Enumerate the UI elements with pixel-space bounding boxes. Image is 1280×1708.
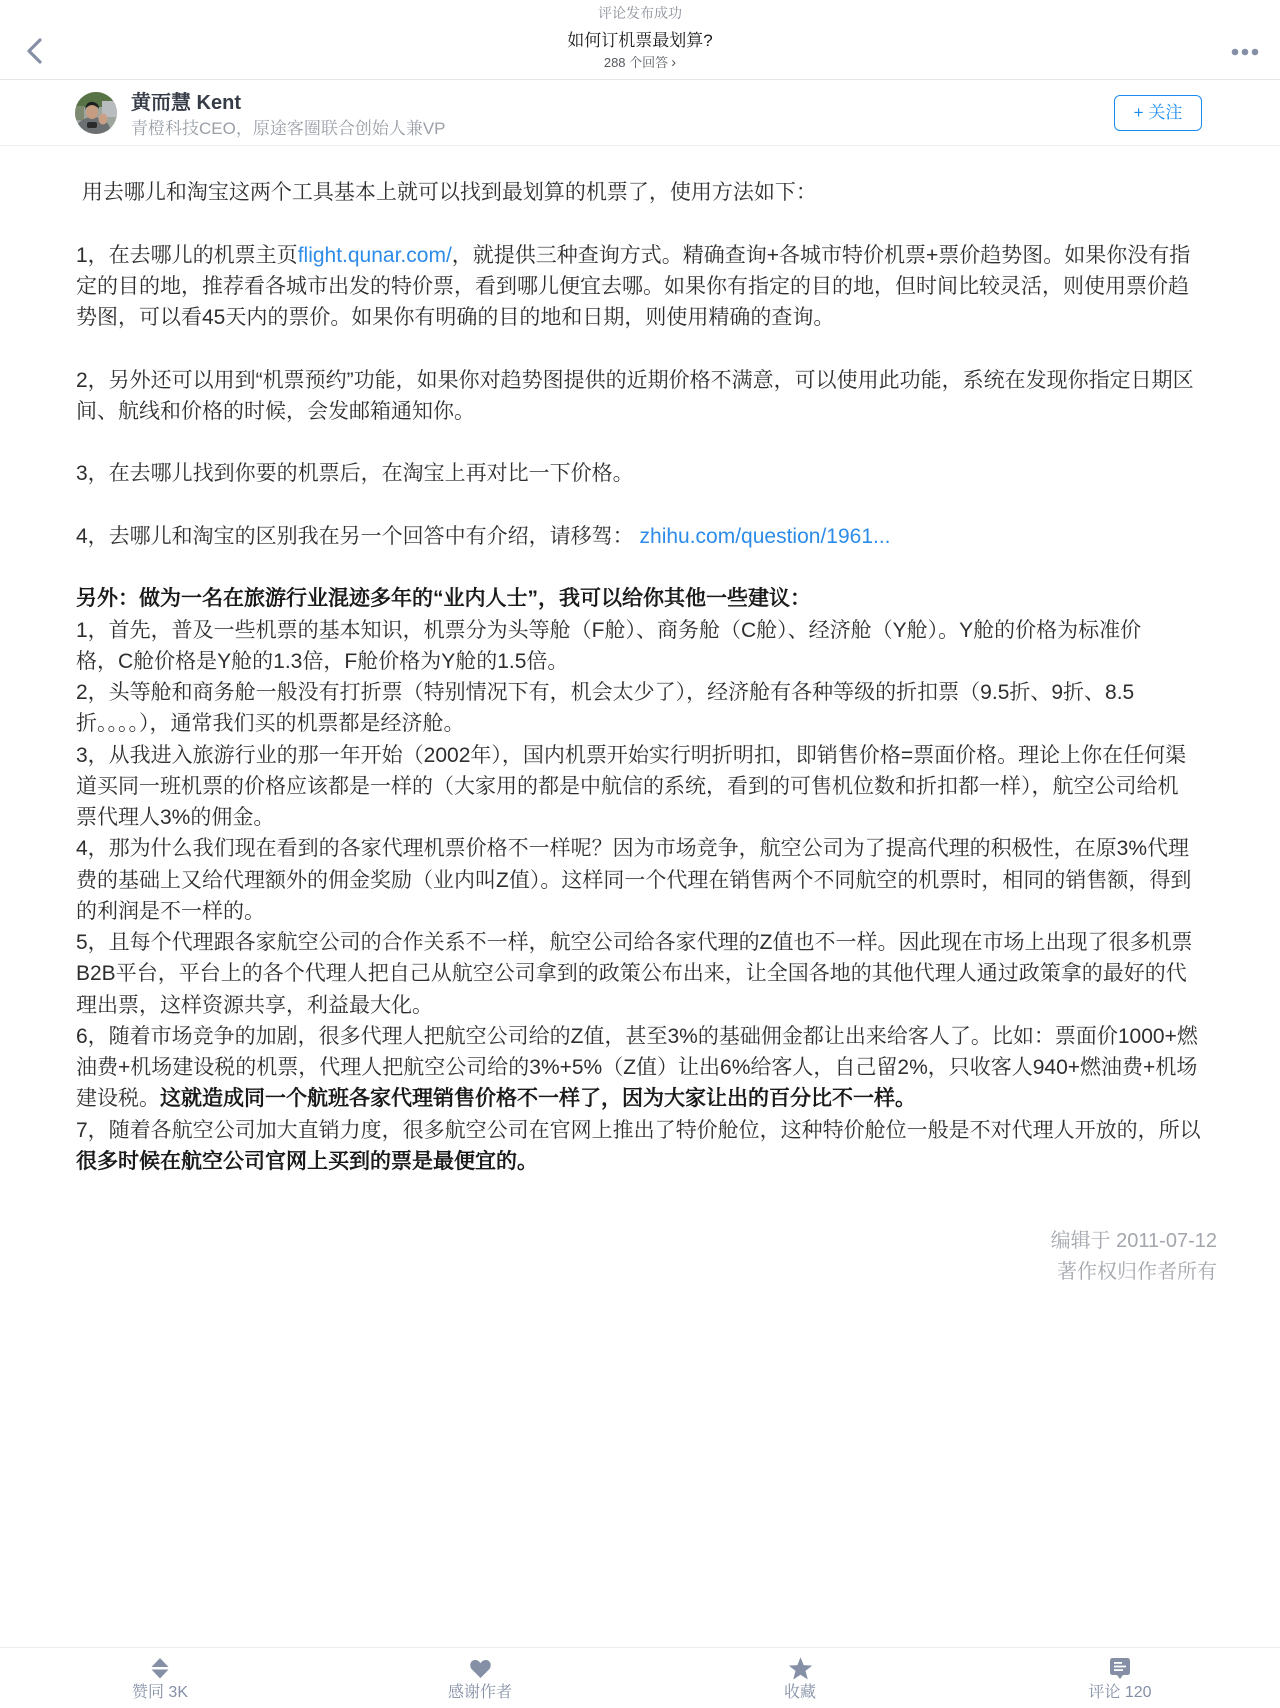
answer-line: 建设税。这就造成同一个航班各家代理销售价格不一样了，因为大家让出的百分比不一样。 [76,1083,1236,1114]
comment-icon [1107,1655,1133,1681]
text-run: 的利润是不一样的。 [76,900,265,923]
vote-icon [147,1655,173,1681]
answer-line: 势图，可以看45天内的票价。如果你有明确的目的地和日期，则使用精确的查询。 [76,302,1236,333]
collect-button[interactable]: 收藏 [640,1648,960,1708]
follow-button[interactable]: + 关注 [1114,95,1202,131]
text-run: 3，从我进入旅游行业的那一年开始（2002年），国内机票开始实行明折明扣，即销售… [76,744,1186,767]
text-run-bold: 很多时候在航空公司官网上买到的票是最便宜的。 [76,1150,538,1173]
answer-line: 间、航线和价格的时候，会发邮箱通知你。 [76,396,1236,427]
text-run: 票代理人3%的佣金。 [76,806,274,829]
text-run: 用去哪儿和淘宝这两个工具基本上就可以找到最划算的机票了，使用方法如下： [76,181,817,204]
text-run: 格，C舱价格是Y舱的1.3倍，F舱价格为Y舱的1.5倍。 [76,650,568,673]
text-run: 1，首先，普及一些机票的基本知识，机票分为头等舱（F舱）、商务舱（C舱）、经济舱… [76,619,1141,642]
toast-message: 评论发布成功 [598,3,682,23]
question-title[interactable]: 如何订机票最划算? [567,29,712,53]
author-divider [0,145,1280,146]
author-headline: 青橙科技CEO，原途客圈联合创始人兼VP [131,117,446,140]
answer-paragraph-2: 2，另外还可以用到“机票预约”功能，如果你对趋势图提供的近期价格不满意，可以使用… [76,365,1236,428]
text-run: 理出票，这样资源共享，利益最大化。 [76,994,433,1017]
vote-label: 赞同 3K [0,1683,320,1703]
answer-line: 票代理人3%的佣金。 [76,802,1236,833]
answer-paragraph-1: 1，在去哪儿的机票主页flight.qunar.com/，就提供三种查询方式。精… [76,240,1236,334]
comment-button[interactable]: 评论 120 [960,1648,1280,1708]
answer-line: 另外：做为一名在旅游行业混迹多年的“业内人士”，我可以给你其他一些建议： [76,583,1236,614]
answer-line: 3，在去哪儿找到你要的机票后，在淘宝上再对比一下价格。 [76,458,1236,489]
copyright-notice: 著作权归作者所有 [1051,1257,1217,1288]
answer-paragraph-advice: 另外：做为一名在旅游行业混迹多年的“业内人士”，我可以给你其他一些建议： 1，首… [76,583,1236,1177]
vote-button[interactable]: 赞同 3K [0,1648,320,1708]
answer-paragraph-intro: 用去哪儿和淘宝这两个工具基本上就可以找到最划算的机票了，使用方法如下： [76,177,1236,208]
answers-count-link[interactable]: 288 个回答› [604,53,676,73]
answer-meta: 编辑于 2011-07-12 著作权归作者所有 [1051,1226,1217,1288]
answer-line: 道买同一班机票的价格应该都是一样的（大家用的都是中航信的系统，看到的可售机位数和… [76,771,1236,802]
collect-label: 收藏 [640,1683,960,1703]
text-run: 4，那为什么我们现在看到的各家代理机票价格不一样呢？因为市场竞争，航空公司为了提… [76,837,1189,860]
avatar-photo [75,92,117,134]
text-run: 费的基础上又给代理额外的佣金奖励（业内叫Z值）。这样同一个代理在销售两个不同航空… [76,869,1191,892]
answer-line: 用去哪儿和淘宝这两个工具基本上就可以找到最划算的机票了，使用方法如下： [76,177,1236,208]
text-run: 3，在去哪儿找到你要的机票后，在淘宝上再对比一下价格。 [76,462,634,485]
star-icon [787,1655,813,1681]
answer-paragraph-3: 3，在去哪儿找到你要的机票后，在淘宝上再对比一下价格。 [76,458,1236,489]
text-run: 2，头等舱和商务舱一般没有打折票（特别情况下有，机会太少了），经济舱有各种等级的… [76,681,1134,704]
text-run: 油费+机场建设税的机票，代理人把航空公司给的3%+5%（Z值）让出6%给客人，自… [76,1056,1197,1079]
author-avatar[interactable] [75,92,117,134]
edited-date: 编辑于 2011-07-12 [1051,1226,1217,1257]
answer-paragraph-4: 4，去哪儿和淘宝的区别我在另一个回答中有介绍，请移驾： zhihu.com/qu… [76,521,1236,552]
answer-line: 7，随着各航空公司加大直销力度，很多航空公司在官网上推出了特价舱位，这种特价舱位… [76,1115,1236,1146]
answer-line: 1，在去哪儿的机票主页flight.qunar.com/，就提供三种查询方式。精… [76,240,1236,271]
link-qunar[interactable]: flight.qunar.com/ [298,244,452,267]
text-run-bold: 这就造成同一个航班各家代理销售价格不一样了，因为大家让出的百分比不一样。 [160,1087,916,1110]
comment-label: 评论 120 [960,1683,1280,1703]
answers-count: 288 个回答 [604,55,668,70]
answer-line: 费的基础上又给代理额外的佣金奖励（业内叫Z值）。这样同一个代理在销售两个不同航空… [76,865,1236,896]
answer-line: 6，随着市场竞争的加剧，很多代理人把航空公司给的Z值，甚至3%的基础佣金都让出来… [76,1021,1236,1052]
answer-line: 的利润是不一样的。 [76,896,1236,927]
answer-line: 1，首先，普及一些机票的基本知识，机票分为头等舱（F舱）、商务舱（C舱）、经济舱… [76,615,1236,646]
answer-line: 2，另外还可以用到“机票预约”功能，如果你对趋势图提供的近期价格不满意，可以使用… [76,365,1236,396]
answer-content: 用去哪儿和淘宝这两个工具基本上就可以找到最划算的机票了，使用方法如下： 1，在去… [76,177,1236,1177]
text-run: 间、航线和价格的时候，会发邮箱通知你。 [76,400,475,423]
answer-line: 格，C舱价格是Y舱的1.3倍，F舱价格为Y舱的1.5倍。 [76,646,1236,677]
text-run-bold: 另外：做为一名在旅游行业混迹多年的“业内人士”，我可以给你其他一些建议： [76,587,811,610]
chevron-left-icon [20,34,50,68]
answer-line: 很多时候在航空公司官网上买到的票是最便宜的。 [76,1146,1236,1177]
thank-author-label: 感谢作者 [320,1683,640,1703]
text-run: 4，去哪儿和淘宝的区别我在另一个回答中有介绍，请移驾： [76,525,640,548]
answer-line: 5，且每个代理跟各家航空公司的合作关系不一样，航空公司给各家代理的Z值也不一样。… [76,927,1236,958]
answer-line: 3，从我进入旅游行业的那一年开始（2002年），国内机票开始实行明折明扣，即销售… [76,740,1236,771]
answer-line: 2，头等舱和商务舱一般没有打折票（特别情况下有，机会太少了），经济舱有各种等级的… [76,677,1236,708]
answer-line: 理出票，这样资源共享，利益最大化。 [76,990,1236,1021]
text-run: 道买同一班机票的价格应该都是一样的（大家用的都是中航信的系统，看到的可售机位数和… [76,775,1179,798]
author-name[interactable]: 黄而慧 Kent [131,91,241,116]
text-run: 6，随着市场竞争的加剧，很多代理人把航空公司给的Z值，甚至3%的基础佣金都让出来… [76,1025,1198,1048]
answer-line: 折。。。。），通常我们买的机票都是经济舱。 [76,708,1236,739]
back-button[interactable] [20,34,50,68]
text-run: 2，另外还可以用到“机票预约”功能，如果你对趋势图提供的近期价格不满意，可以使用… [76,369,1194,392]
chevron-right-icon: › [671,54,676,71]
answer-line: 定的目的地，推荐看各城市出发的特价票，看到哪儿便宜去哪。如果你有指定的目的地，但… [76,271,1236,302]
header-divider [0,79,1280,80]
heart-icon [467,1655,493,1681]
more-horizontal-icon [1226,40,1264,64]
answer-line: 油费+机场建设税的机票，代理人把航空公司给的3%+5%（Z值）让出6%给客人，自… [76,1052,1236,1083]
answer-line: 4，那为什么我们现在看到的各家代理机票价格不一样呢？因为市场竞争，航空公司为了提… [76,833,1236,864]
text-run: B2B平台，平台上的各个代理人把自己从航空公司拿到的政策公布出来，让全国各地的其… [76,962,1187,985]
thank-author-button[interactable]: 感谢作者 [320,1648,640,1708]
text-run: 5，且每个代理跟各家航空公司的合作关系不一样，航空公司给各家代理的Z值也不一样。… [76,931,1193,954]
text-run: ，就提供三种查询方式。精确查询+各城市特价机票+票价趋势图。如果你没有指 [452,244,1191,267]
answer-line: 4，去哪儿和淘宝的区别我在另一个回答中有介绍，请移驾： zhihu.com/qu… [76,521,1236,552]
text-run: 势图，可以看45天内的票价。如果你有明确的目的地和日期，则使用精确的查询。 [76,306,834,329]
text-run: 7，随着各航空公司加大直销力度，很多航空公司在官网上推出了特价舱位，这种特价舱位… [76,1119,1201,1142]
more-button[interactable] [1226,40,1264,64]
answer-line: B2B平台，平台上的各个代理人把自己从航空公司拿到的政策公布出来，让全国各地的其… [76,958,1236,989]
text-run: 1，在去哪儿的机票主页 [76,244,298,267]
action-bar: 赞同 3K 感谢作者 收藏 评论 120 [0,1647,1280,1708]
text-run: 建设税。 [76,1087,160,1110]
text-run: 定的目的地，推荐看各城市出发的特价票，看到哪儿便宜去哪。如果你有指定的目的地，但… [76,275,1189,298]
link-zhihu-question[interactable]: zhihu.com/question/1961... [640,525,891,548]
text-run: 折。。。。），通常我们买的机票都是经济舱。 [76,712,465,735]
